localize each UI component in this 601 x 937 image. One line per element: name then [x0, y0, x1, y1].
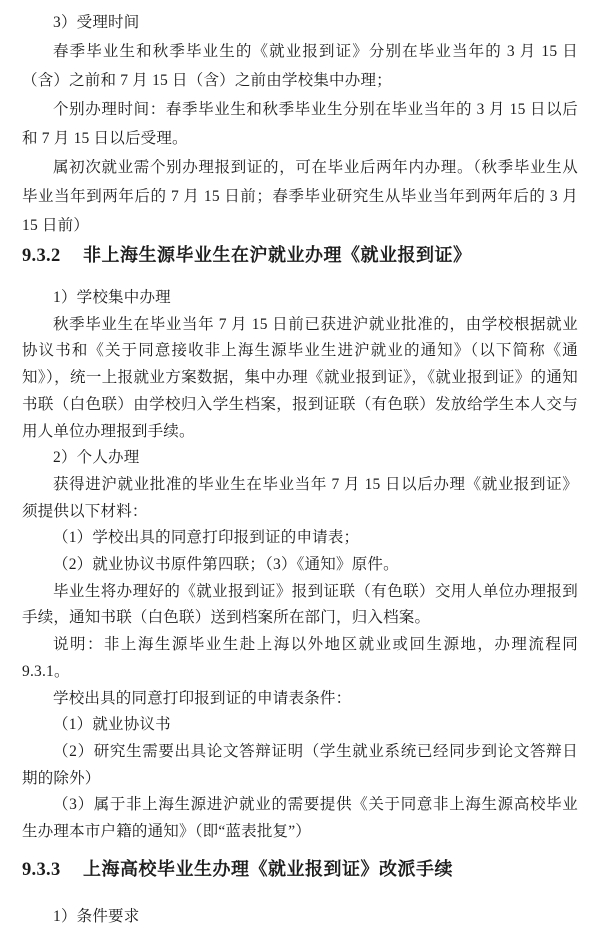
paragraph: 春季毕业生和秋季毕业生的《就业报到证》分别在毕业当年的 3 月 15 日（含）之… [22, 37, 578, 95]
paragraph: 1）学校集中办理 [22, 285, 578, 312]
paragraph: 获得进沪就业批准的毕业生在毕业当年 7 月 15 日以后办理《就业报到证》须提供… [22, 472, 578, 525]
paragraph: 学校出具的同意打印报到证的申请表条件： [22, 686, 578, 713]
paragraph: 说明：非上海生源毕业生赴上海以外地区就业或回生源地，办理流程同 9.3.1。 [22, 632, 578, 685]
paragraph: （3）属于非上海生源进沪就业的需要提供《关于同意非上海生源高校毕业生办理本市户籍… [22, 792, 578, 845]
section-number: 9.3.2 [22, 246, 61, 266]
paragraph: 1）条件要求 [22, 903, 578, 930]
section-acceptance-time: 3）受理时间 春季毕业生和秋季毕业生的《就业报到证》分别在毕业当年的 3 月 1… [22, 8, 578, 240]
section-heading-9-3-2: 9.3.2 非上海生源毕业生在沪就业办理《就业报到证》 [22, 240, 578, 271]
paragraph: 属初次就业需个别办理报到证的，可在毕业后两年内办理。（秋季毕业生从毕业当年到两年… [22, 153, 578, 240]
paragraph: （1）学校出具的同意打印报到证的申请表； [22, 525, 578, 552]
paragraph: 个别办理时间：春季毕业生和秋季毕业生分别在毕业当年的 3 月 15 日以后和 7… [22, 95, 578, 153]
paragraph: （2）就业协议书原件第四联；（3）《通知》原件。 [22, 552, 578, 579]
paragraph: 秋季毕业生在毕业当年 7 月 15 日前已获进沪就业批准的，由学校根据就业协议书… [22, 312, 578, 446]
section-number: 9.3.3 [22, 860, 61, 880]
section-heading-9-3-3: 9.3.3 上海高校毕业生办理《就业报到证》改派手续 [22, 854, 578, 885]
paragraph: （1）就业协议书 [22, 712, 578, 739]
paragraph: 3）受理时间 [22, 8, 578, 37]
section-9-3-3: 9.3.3 上海高校毕业生办理《就业报到证》改派手续 1）条件要求 [22, 854, 578, 930]
paragraph: 2）个人办理 [22, 445, 578, 472]
document-page: 3）受理时间 春季毕业生和秋季毕业生的《就业报到证》分别在毕业当年的 3 月 1… [0, 0, 601, 937]
paragraph: 毕业生将办理好的《就业报到证》报到证联（有色联）交用人单位办理报到手续，通知书联… [22, 579, 578, 632]
section-title: 上海高校毕业生办理《就业报到证》改派手续 [83, 859, 453, 879]
paragraph: （2）研究生需要出具论文答辩证明（学生就业系统已经同步到论文答辩日期的除外） [22, 739, 578, 792]
section-9-3-2: 9.3.2 非上海生源毕业生在沪就业办理《就业报到证》 1）学校集中办理 秋季毕… [22, 240, 578, 846]
section-title: 非上海生源毕业生在沪就业办理《就业报到证》 [83, 245, 472, 265]
